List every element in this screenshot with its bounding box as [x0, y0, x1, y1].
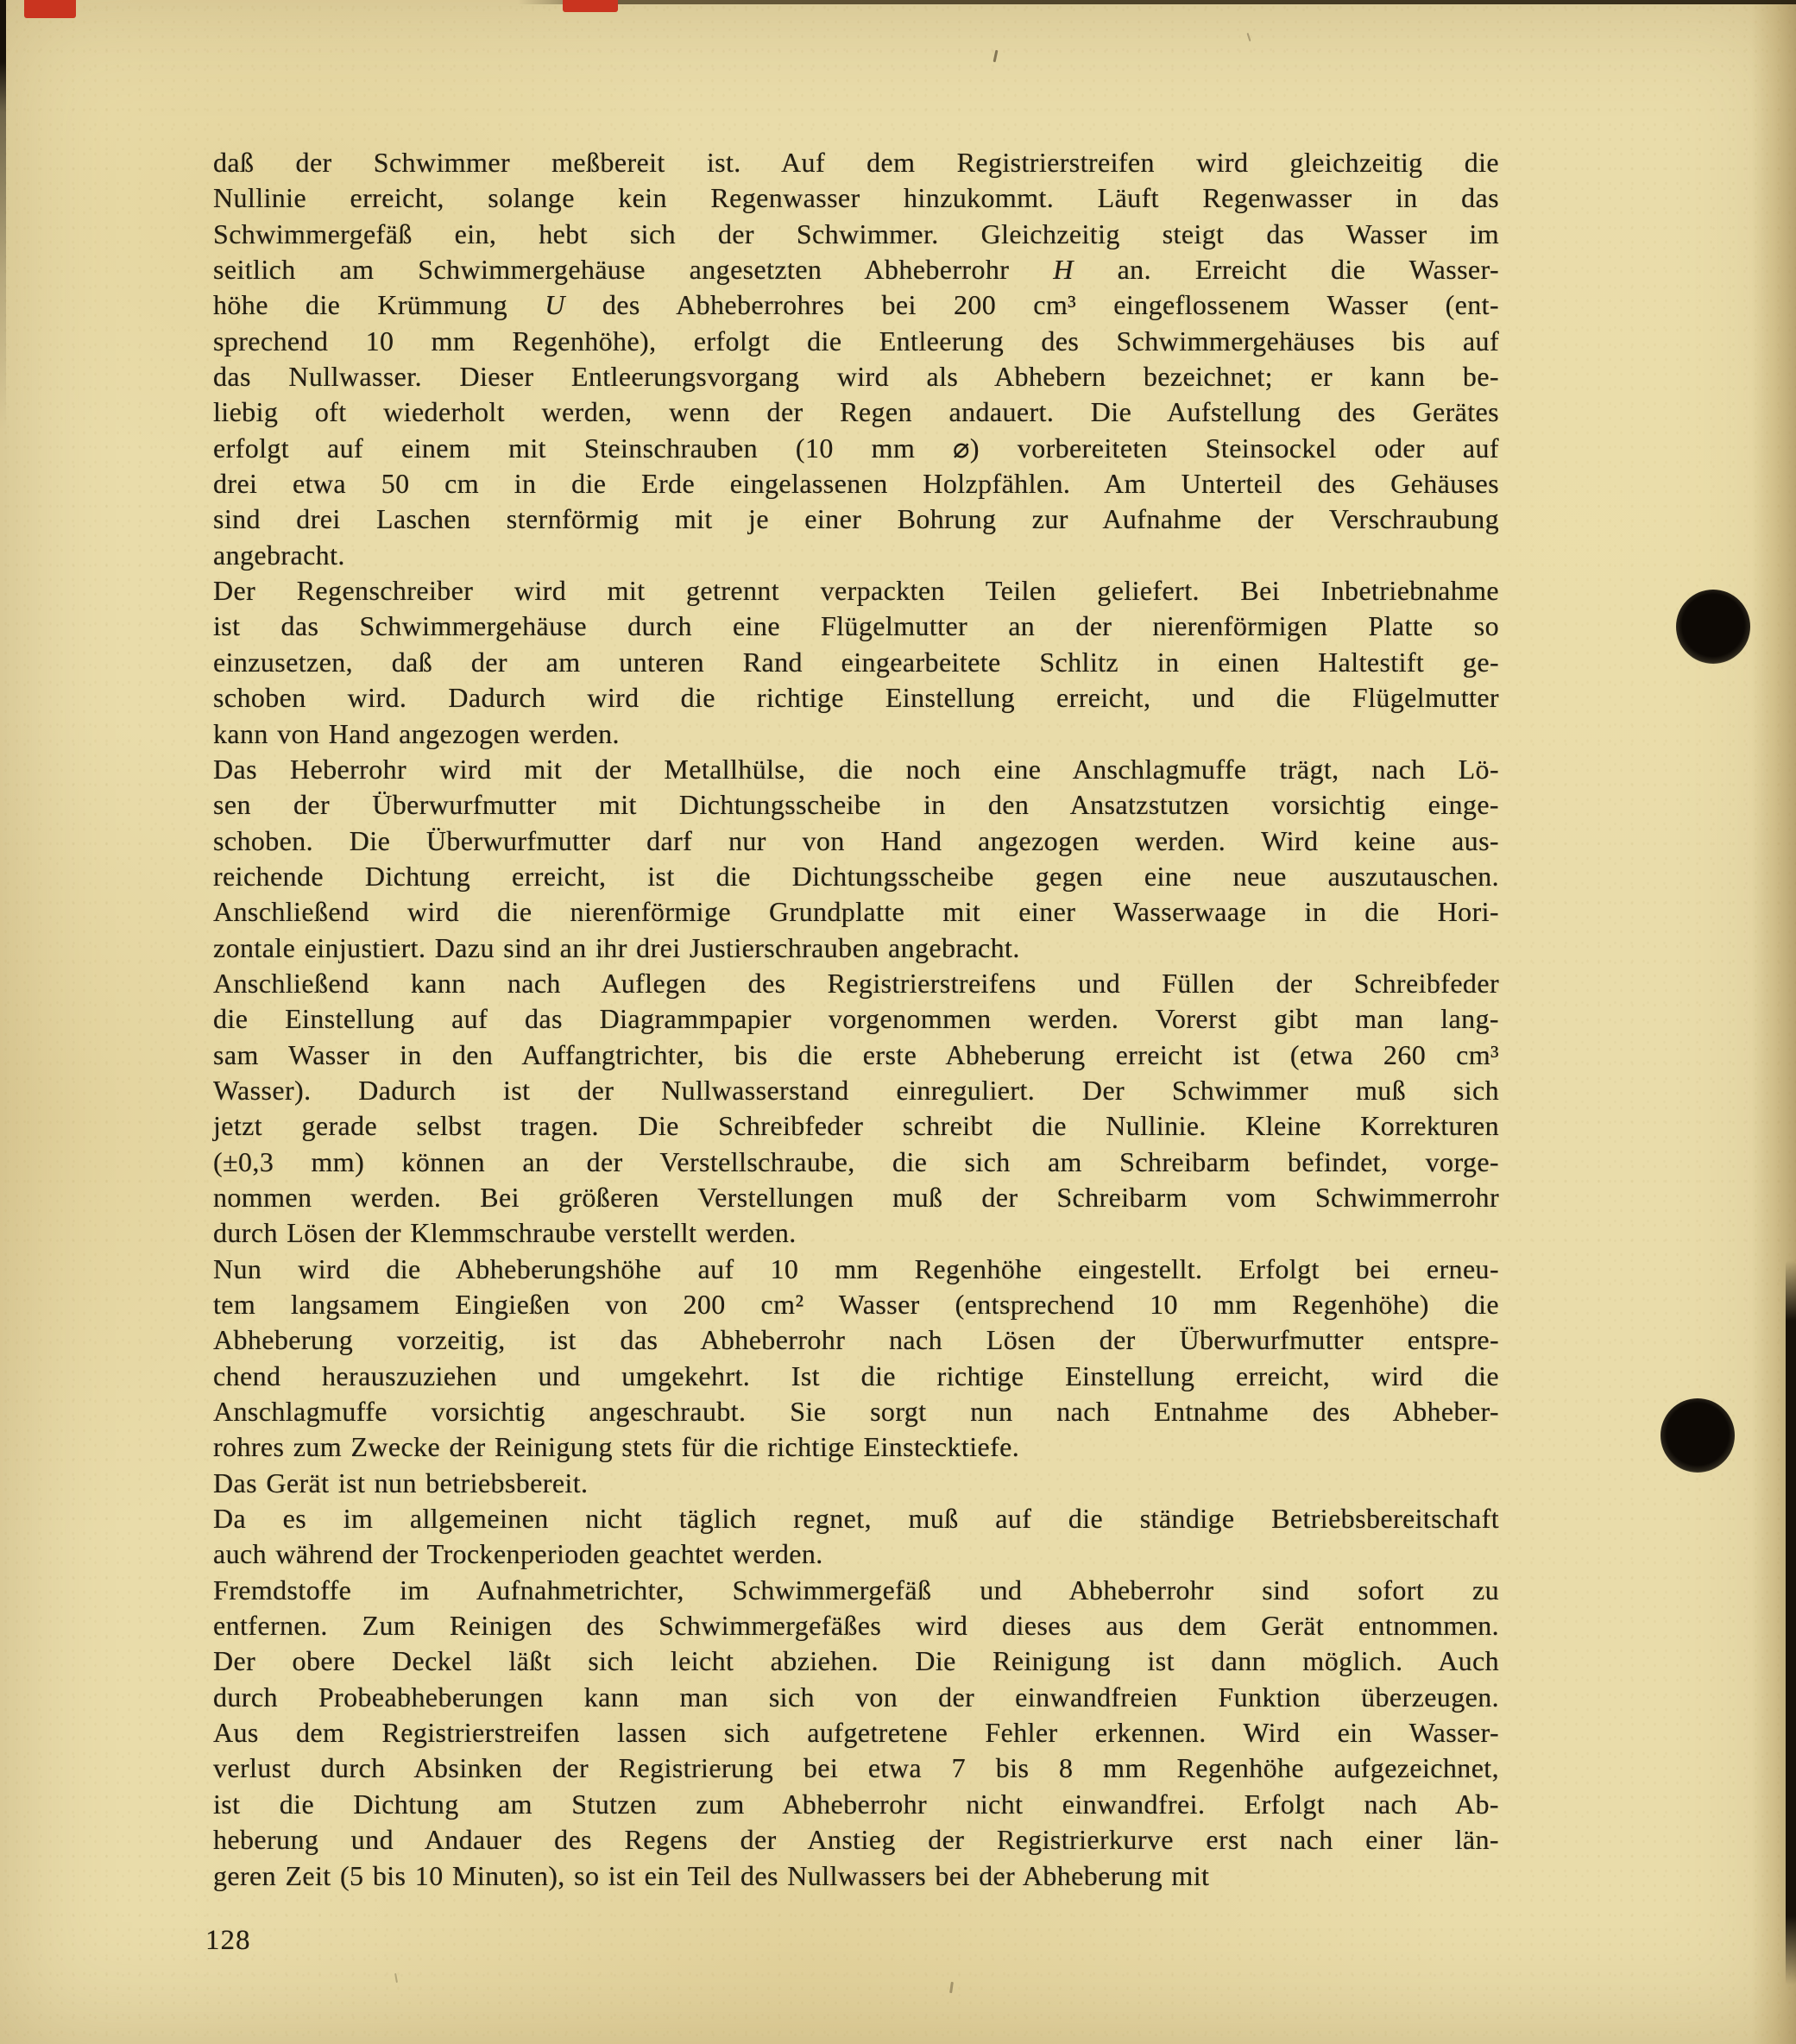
scan-speck	[949, 1982, 954, 1993]
text-line: schoben wird. Dadurch wird die richtige …	[213, 680, 1499, 716]
text-line: Das Gerät ist nun betriebsbereit.	[213, 1466, 1499, 1501]
text-line: daß der Schwimmer meßbereit ist. Auf dem…	[213, 145, 1499, 180]
text-line: Nullinie erreicht, solange kein Regenwas…	[213, 180, 1499, 216]
scan-edge-top	[518, 0, 1796, 4]
red-edge-mark-left	[24, 0, 76, 18]
text-line: rohres zum Zwecke der Reinigung stets fü…	[213, 1429, 1499, 1465]
text-line: Abheberung vorzeitig, ist das Abheberroh…	[213, 1322, 1499, 1358]
text-line: angebracht.	[213, 538, 1499, 573]
text-line: (±0,3 mm) können an der Verstellschraube…	[213, 1145, 1499, 1180]
paragraph: Anschließend kann nach Auflegen des Regi…	[213, 966, 1499, 1252]
paragraph: Da es im allgemeinen nicht täglich regne…	[213, 1501, 1499, 1573]
text-line: Der obere Deckel läßt sich leicht abzieh…	[213, 1643, 1499, 1679]
paragraph: Fremdstoffe im Aufnahmetrichter, Schwimm…	[213, 1573, 1499, 1894]
page-edge-shadow	[1751, 0, 1796, 2044]
text-line: durch Lösen der Klemmschraube verstellt …	[213, 1215, 1499, 1251]
paragraph: Nun wird die Abheberungshöhe auf 10 mm R…	[213, 1252, 1499, 1466]
text-line: Anschließend kann nach Auflegen des Regi…	[213, 966, 1499, 1001]
text-line: kann von Hand angezogen werden.	[213, 716, 1499, 752]
text-line: reichende Dichtung erreicht, ist die Dic…	[213, 859, 1499, 894]
scan-speck	[1247, 33, 1251, 41]
text-line: verlust durch Absinken der Registrierung…	[213, 1751, 1499, 1786]
text-line: sprechend 10 mm Regenhöhe), erfolgt die …	[213, 324, 1499, 359]
text-line: chend herauszuziehen und umgekehrt. Ist …	[213, 1359, 1499, 1394]
text-line: geren Zeit (5 bis 10 Minuten), so ist ei…	[213, 1858, 1499, 1894]
scan-speck	[993, 50, 999, 62]
text-line: sen der Überwurfmutter mit Dichtungssche…	[213, 787, 1499, 823]
text-line: Anschließend wird die nierenförmige Grun…	[213, 894, 1499, 930]
text-line: jetzt gerade selbst tragen. Die Schreibf…	[213, 1108, 1499, 1144]
paragraph: daß der Schwimmer meßbereit ist. Auf dem…	[213, 145, 1499, 573]
text-line: ist die Dichtung am Stutzen zum Abheberr…	[213, 1787, 1499, 1822]
text-line: die Einstellung auf das Diagrammpapier v…	[213, 1001, 1499, 1037]
text-line: Anschlagmuffe vorsichtig angeschraubt. S…	[213, 1394, 1499, 1429]
text-line: Da es im allgemeinen nicht täglich regne…	[213, 1501, 1499, 1536]
text-line: Das Heberrohr wird mit der Metallhülse, …	[213, 752, 1499, 787]
scan-edge-left	[0, 0, 6, 432]
text-line: Aus dem Registrierstreifen lassen sich a…	[213, 1715, 1499, 1751]
text-line: drei etwa 50 cm in die Erde eingelassene…	[213, 466, 1499, 502]
text-line: Der Regenschreiber wird mit getrennt ver…	[213, 573, 1499, 609]
text-line: schoben. Die Überwurfmutter darf nur von…	[213, 823, 1499, 859]
text-line: zontale einjustiert. Dazu sind an ihr dr…	[213, 931, 1499, 966]
punch-hole-bottom	[1661, 1398, 1735, 1473]
text-line: ist das Schwimmergehäuse durch eine Flüg…	[213, 609, 1499, 644]
text-line: heberung und Andauer des Regens der Anst…	[213, 1822, 1499, 1858]
paragraph: Der Regenschreiber wird mit getrennt ver…	[213, 573, 1499, 752]
punch-hole-top	[1676, 590, 1750, 664]
scanned-book-page: daß der Schwimmer meßbereit ist. Auf dem…	[0, 0, 1796, 2044]
text-line: das Nullwasser. Dieser Entleerungsvorgan…	[213, 359, 1499, 394]
text-line: durch Probeabheberungen kann man sich vo…	[213, 1680, 1499, 1715]
text-line: sind drei Laschen sternförmig mit je ein…	[213, 502, 1499, 537]
text-line: erfolgt auf einem mit Steinschrauben (10…	[213, 431, 1499, 466]
text-line: entfernen. Zum Reinigen des Schwimmergef…	[213, 1608, 1499, 1643]
text-line: auch während der Trockenperioden geachte…	[213, 1536, 1499, 1572]
paragraph: Das Gerät ist nun betriebsbereit.	[213, 1466, 1499, 1501]
text-line: Nun wird die Abheberungshöhe auf 10 mm R…	[213, 1252, 1499, 1287]
text-line: Wasser). Dadurch ist der Nullwasserstand…	[213, 1073, 1499, 1108]
text-line: höhe die Krümmung U des Abheberrohres be…	[213, 287, 1499, 323]
scan-speck	[394, 1973, 398, 1983]
text-line: liebig oft wiederholt werden, wenn der R…	[213, 394, 1499, 430]
text-line: Fremdstoffe im Aufnahmetrichter, Schwimm…	[213, 1573, 1499, 1608]
paragraph: Das Heberrohr wird mit der Metallhülse, …	[213, 752, 1499, 966]
page-number: 128	[205, 1923, 251, 1959]
text-line: sam Wasser in den Auffangtrichter, bis d…	[213, 1038, 1499, 1073]
text-line: seitlich am Schwimmergehäuse angesetzten…	[213, 252, 1499, 287]
text-line: Schwimmergefäß ein, hebt sich der Schwim…	[213, 217, 1499, 252]
text-line: einzusetzen, daß der am unteren Rand ein…	[213, 645, 1499, 680]
text-line: tem langsamem Eingießen von 200 cm² Wass…	[213, 1287, 1499, 1322]
scan-edge-right	[1786, 1260, 1796, 1985]
red-edge-mark-center	[563, 0, 618, 12]
page-text: daß der Schwimmer meßbereit ist. Auf dem…	[213, 145, 1499, 1894]
text-line: nommen werden. Bei größeren Verstellunge…	[213, 1180, 1499, 1215]
